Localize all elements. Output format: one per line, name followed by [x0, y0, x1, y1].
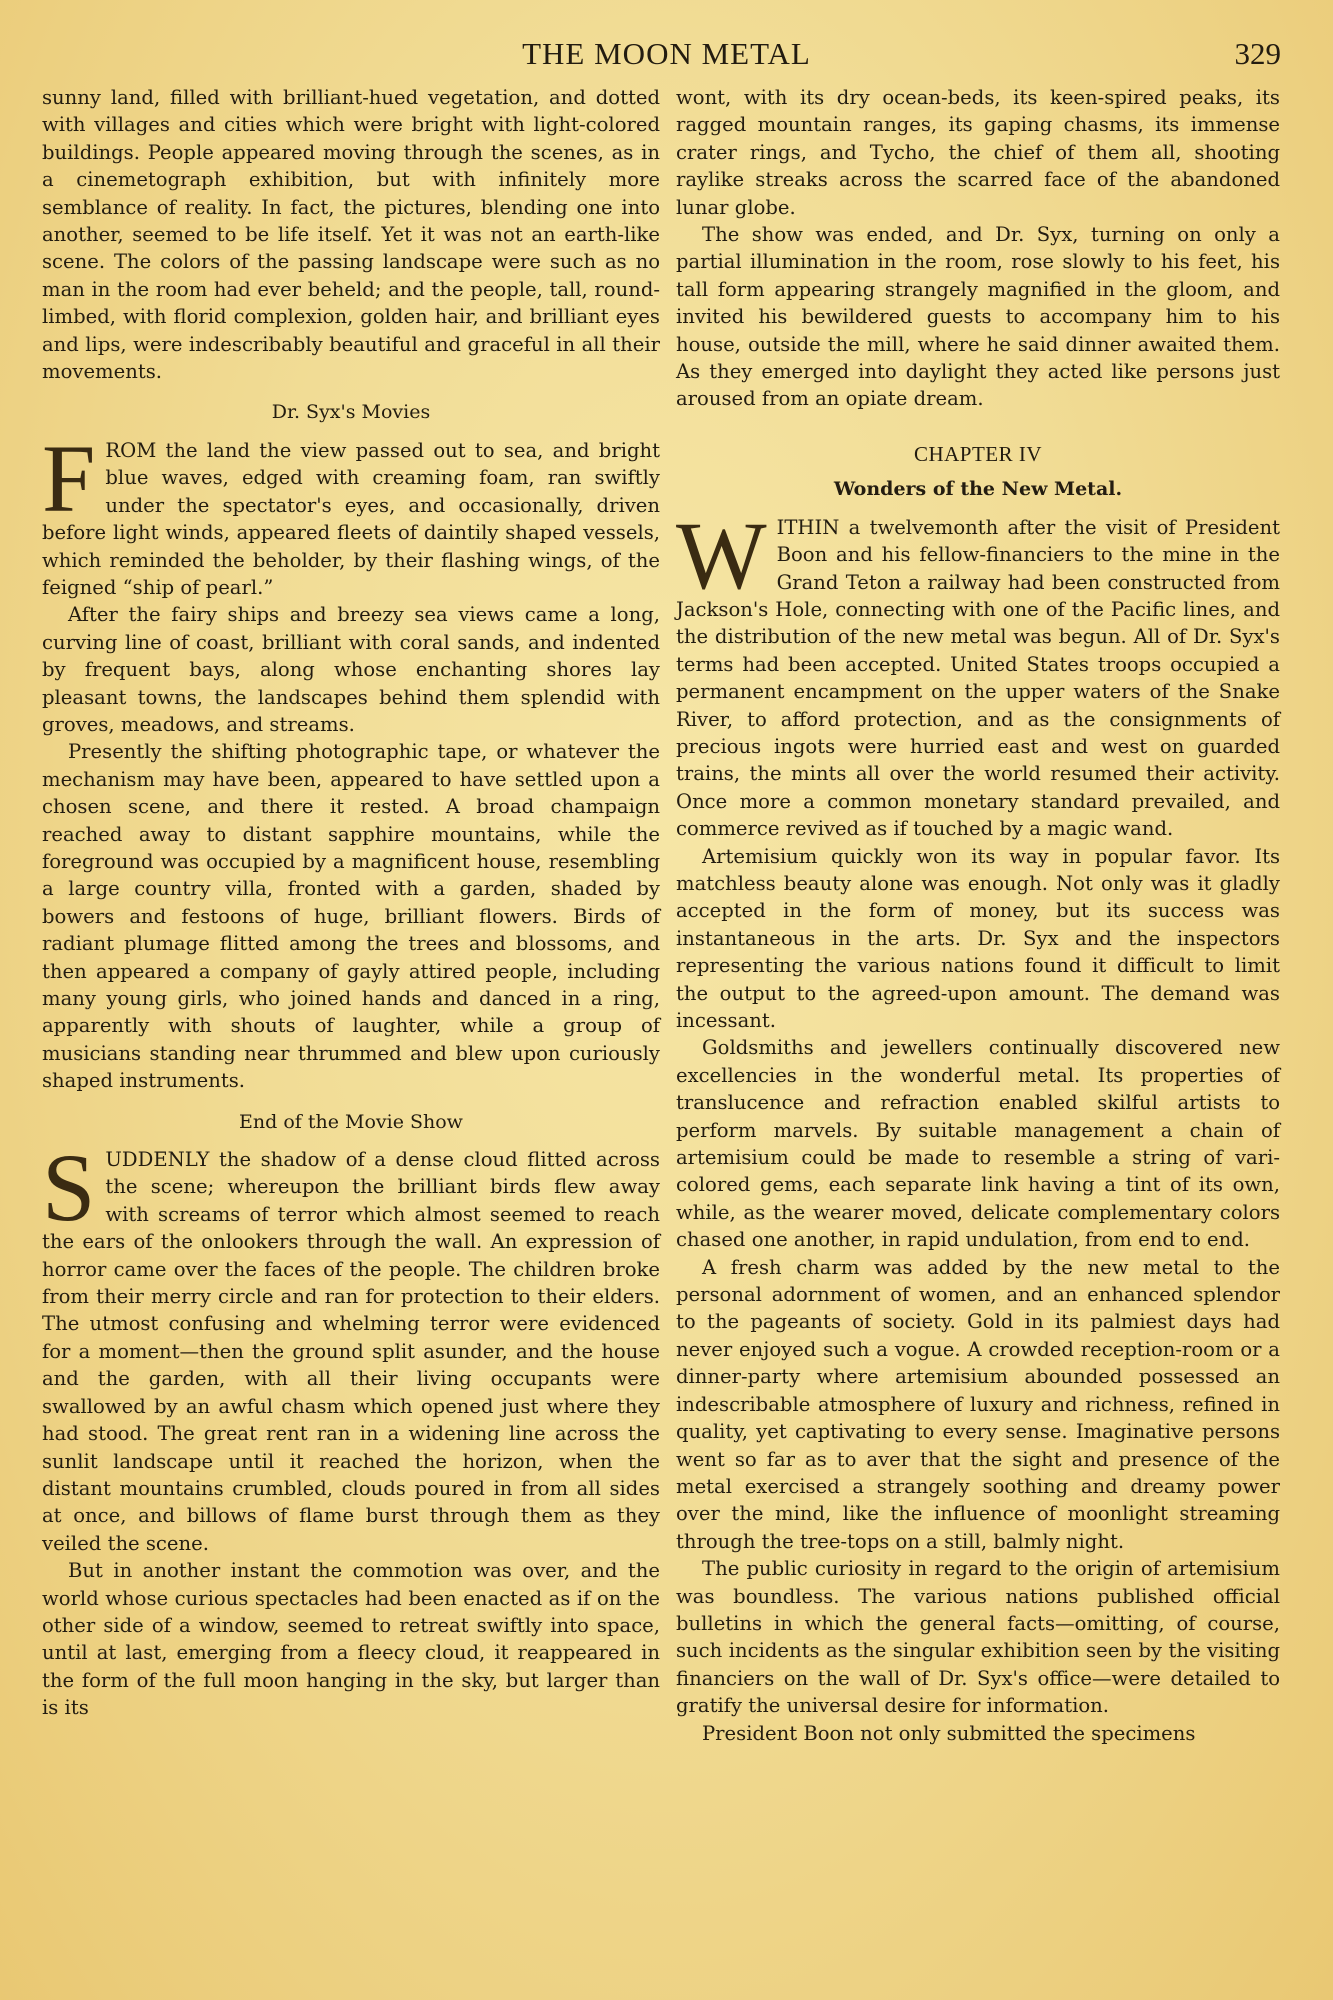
- paragraph: After the fairy ships and breezy sea vie…: [42, 601, 660, 738]
- paragraph: Goldsmiths and jewellers continually dis…: [676, 1034, 1280, 1253]
- running-title: THE MOON METAL: [0, 36, 1333, 72]
- paragraph: The show was ended, and Dr. Syx, turning…: [676, 221, 1280, 413]
- page-number: 329: [1235, 36, 1282, 72]
- paragraph-with-dropcap: SUDDENLY the shadow of a dense cloud fli…: [42, 1146, 660, 1557]
- paragraph: President Boon not only submitted the sp…: [676, 1720, 1280, 1747]
- paragraph: The public curiosity in regard to the or…: [676, 1555, 1280, 1719]
- section-heading: End of the Movie Show: [42, 1109, 660, 1136]
- section-heading: Dr. Syx's Movies: [42, 399, 660, 426]
- drop-cap: S: [42, 1150, 95, 1226]
- paragraph: wont, with its dry ocean-beds, its keen-…: [676, 84, 1280, 221]
- paragraph: A fresh charm was added by the new metal…: [676, 1254, 1280, 1555]
- page-header: THE MOON METAL 329: [0, 36, 1333, 76]
- drop-cap: F: [42, 441, 95, 517]
- paragraph-with-dropcap: WITHIN a twelvemonth after the visit of …: [676, 514, 1280, 843]
- paragraph-text: ROM the land the view passed out to sea,…: [42, 439, 660, 599]
- right-column: wont, with its dry ocean-beds, its keen-…: [676, 84, 1280, 1747]
- paragraph-with-dropcap: FROM the land the view passed out to sea…: [42, 437, 660, 601]
- left-column: sunny land, filled with brilliant-hued v…: [42, 84, 660, 1722]
- paragraph-text: UDDENLY the shadow of a dense cloud flit…: [42, 1148, 660, 1555]
- drop-cap: W: [676, 518, 767, 594]
- paragraph: sunny land, filled with brilliant-hued v…: [42, 84, 660, 385]
- chapter-heading: CHAPTER IV: [676, 441, 1280, 468]
- chapter-title: Wonders of the New Metal.: [676, 476, 1280, 503]
- paragraph: But in another instant the commotion was…: [42, 1557, 660, 1721]
- paragraph: Artemisium quickly won its way in popula…: [676, 843, 1280, 1035]
- paragraph: Presently the shifting photographic tape…: [42, 738, 660, 1094]
